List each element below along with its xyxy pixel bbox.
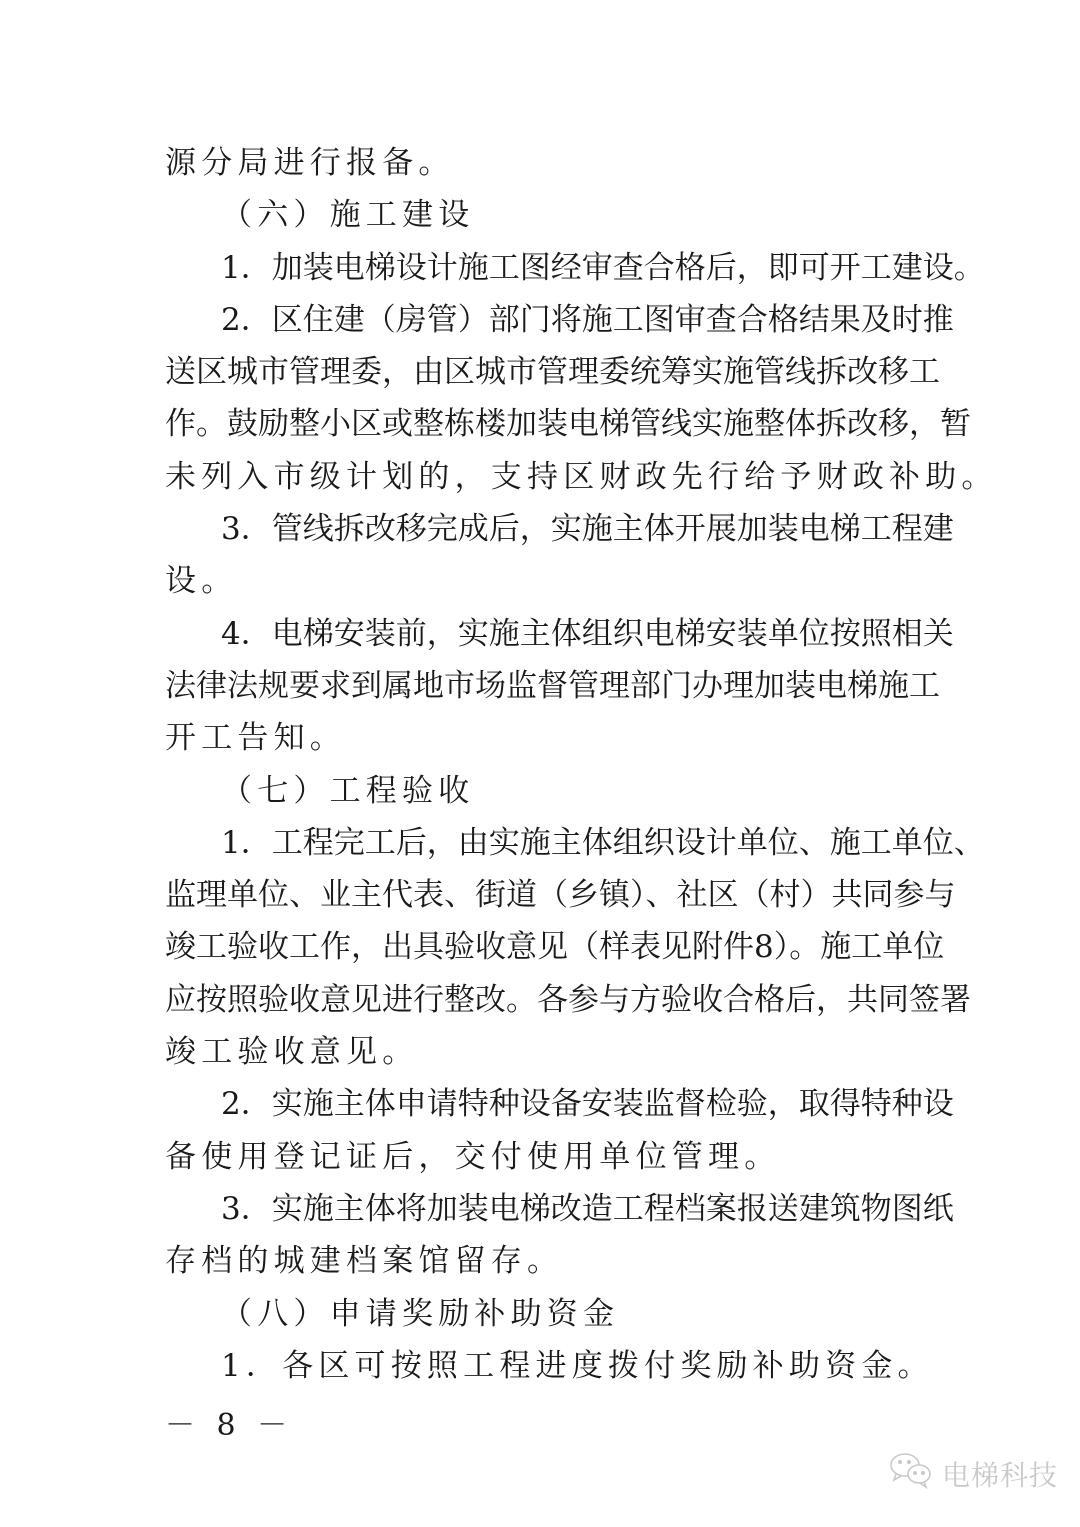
text-line: 3．实施主体将加装电梯改造工程档案报送建筑物图纸: [165, 1183, 917, 1235]
text-line: 1．加装电梯设计施工图经审查合格后，即可开工建设。: [165, 242, 917, 294]
text-line: 存档的城建档案馆留存。: [165, 1235, 917, 1287]
text-line: 设。: [165, 555, 917, 607]
text-line: 竣工验收意见。: [165, 1026, 917, 1078]
wechat-icon: [888, 1450, 936, 1497]
text-line: 2．区住建（房管）部门将施工图审查合格结果及时推: [165, 294, 917, 346]
document-body: 源分局进行报备。（六）施工建设1．加装电梯设计施工图经审查合格后，即可开工建设。…: [165, 137, 917, 1392]
text-line: 法律法规要求到属地市场监督管理部门办理加装电梯施工: [165, 660, 917, 712]
section-heading: （六）施工建设: [165, 189, 917, 241]
text-line: 1．工程完工后，由实施主体组织设计单位、施工单位、: [165, 817, 917, 869]
text-line: 应按照验收意见进行整改。各参与方验收合格后，共同签署: [165, 974, 917, 1026]
text-line: 备使用登记证后，交付使用单位管理。: [165, 1131, 917, 1183]
watermark: 电梯科技: [888, 1450, 1058, 1497]
watermark-text: 电梯科技: [942, 1454, 1058, 1494]
text-line: 送区城市管理委，由区城市管理委统筹实施管线拆改移工: [165, 346, 917, 398]
text-line: 作。鼓励整小区或整栋楼加装电梯管线实施整体拆改移，暂: [165, 398, 917, 450]
text-line: 竣工验收工作，出具验收意见（样表见附件8）。施工单位: [165, 921, 917, 973]
text-line: 3．管线拆改移完成后，实施主体开展加装电梯工程建: [165, 503, 917, 555]
text-line: 监理单位、业主代表、街道（乡镇）、社区（村）共同参与: [165, 869, 917, 921]
section-heading: （七）工程验收: [165, 765, 917, 817]
text-line: 1．各区可按照工程进度拨付奖励补助资金。: [165, 1340, 917, 1392]
text-line: 源分局进行报备。: [165, 137, 917, 189]
section-heading: （八）申请奖励补助资金: [165, 1288, 917, 1340]
page-number: － 8 －: [165, 1400, 293, 1444]
text-line: 2．实施主体申请特种设备安装监督检验，取得特种设: [165, 1078, 917, 1130]
text-line: 开工告知。: [165, 712, 917, 764]
text-line: 4．电梯安装前，实施主体组织电梯安装单位按照相关: [165, 608, 917, 660]
text-line: 未列入市级计划的，支持区财政先行给予财政补助。: [165, 451, 917, 503]
